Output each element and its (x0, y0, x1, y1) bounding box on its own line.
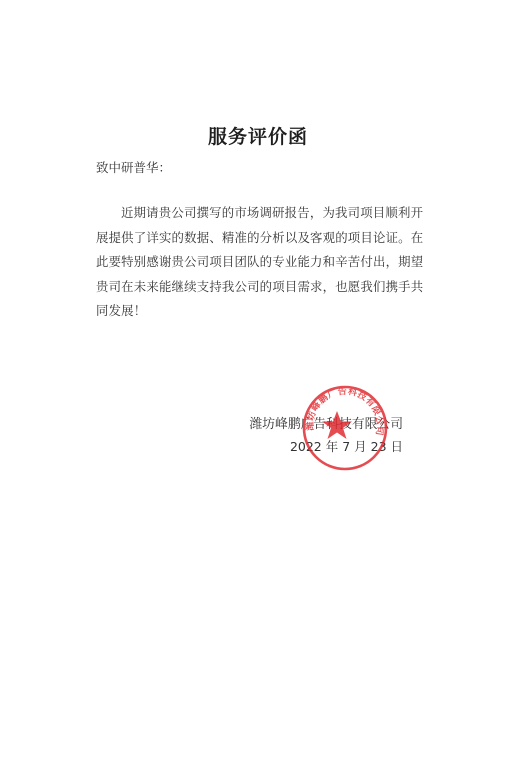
body-line: 展提供了详实的数据、精准的分析以及客观的项目论证。在 (96, 226, 406, 251)
body-line: 此要特别感谢贵公司项目团队的专业能力和辛苦付出，期望 (96, 250, 406, 275)
svg-text:潍坊峰鹏广告科技有限公司: 潍坊峰鹏广告科技有限公司 (304, 385, 386, 437)
page-title: 服务评价函 (0, 122, 516, 149)
stamp-text: 潍坊峰鹏广告科技有限公司 (304, 385, 386, 437)
letter-body: 近期请贵公司撰写的市场调研报告，为我司项目顺利开 展提供了详实的数据、精准的分析… (96, 201, 406, 324)
letter-page: 服务评价函 致中研普华： 近期请贵公司撰写的市场调研报告，为我司项目顺利开 展提… (0, 0, 516, 766)
body-line: 同发展！ (96, 299, 406, 324)
salutation: 致中研普华： (96, 158, 171, 176)
body-line: 贵司在未来能继续支持我公司的项目需求，也愿我们携手共 (96, 275, 406, 300)
company-seal-stamp: 潍坊峰鹏广告科技有限公司 (300, 384, 390, 472)
body-line: 近期请贵公司撰写的市场调研报告，为我司项目顺利开 (96, 201, 406, 226)
star-icon (322, 411, 352, 439)
